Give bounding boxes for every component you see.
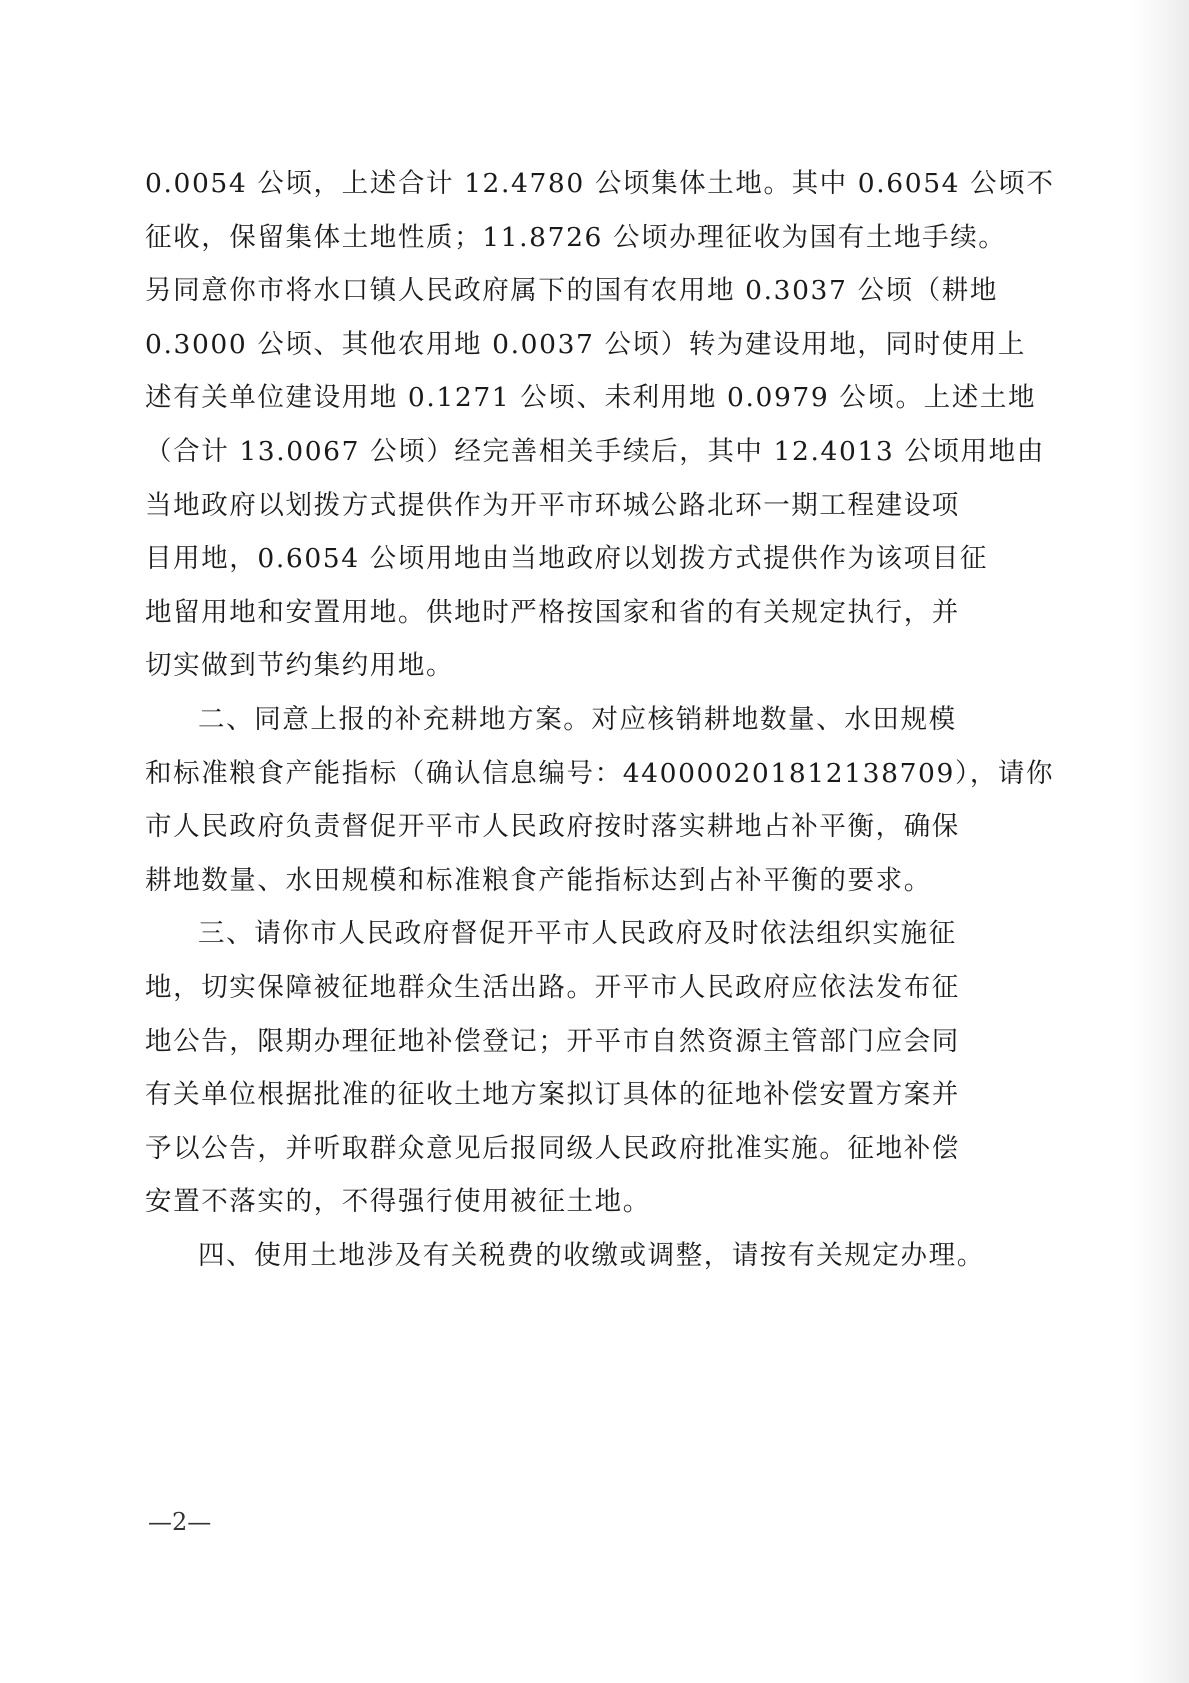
body-line-12: 和标准粮食产能指标（确认信息编号：440000201812138709），请你 (145, 747, 945, 801)
body-line-20: 安置不落实的，不得强行使用被征土地。 (145, 1175, 945, 1229)
body-line-3: 另同意你市将水口镇人民政府属下的国有农用地 0.3037 公顷（耕地 (145, 264, 945, 318)
body-line-5: 述有关单位建设用地 0.1271 公顷、未利用地 0.0979 公顷。上述土地 (145, 371, 945, 425)
body-line-1: 0.0054 公顷，上述合计 12.4780 公顷集体土地。其中 0.6054 … (145, 157, 945, 211)
body-line-18: 有关单位根据批准的征收土地方案拟订具体的征地补偿安置方案并 (145, 1068, 945, 1122)
body-line-13: 市人民政府负责督促开平市人民政府按时落实耕地占补平衡，确保 (145, 800, 945, 854)
body-line-17: 地公告，限期办理征地补偿登记；开平市自然资源主管部门应会同 (145, 1015, 945, 1069)
body-line-7: 当地政府以划拨方式提供作为开平市环城公路北环一期工程建设项 (145, 479, 945, 533)
body-line-9: 地留用地和安置用地。供地时严格按国家和省的有关规定执行，并 (145, 586, 945, 640)
body-line-16: 地，切实保障被征地群众生活出路。开平市人民政府应依法发布征 (145, 961, 945, 1015)
body-line-6: （合计 13.0067 公顷）经完善相关手续后，其中 12.4013 公顷用地由 (145, 425, 945, 479)
section-3-heading-line: 三、请你市人民政府督促开平市人民政府及时依法组织实施征 (145, 907, 945, 961)
body-line-8: 目用地，0.6054 公顷用地由当地政府以划拨方式提供作为该项目征 (145, 532, 945, 586)
body-line-14: 耕地数量、水田规模和标准粮食产能指标达到占补平衡的要求。 (145, 854, 945, 908)
page-number: —2— (148, 1508, 211, 1536)
body-line-2: 征收，保留集体土地性质；11.8726 公顷办理征收为国有土地手续。 (145, 211, 945, 265)
body-line-19: 予以公告，并听取群众意见后报同级人民政府批准实施。征地补偿 (145, 1122, 945, 1176)
document-body: 0.0054 公顷，上述合计 12.4780 公顷集体土地。其中 0.6054 … (145, 157, 945, 1282)
body-line-10: 切实做到节约集约用地。 (145, 639, 945, 693)
section-2-heading-line: 二、同意上报的补充耕地方案。对应核销耕地数量、水田规模 (145, 693, 945, 747)
section-4-heading-line: 四、使用土地涉及有关税费的收缴或调整，请按有关规定办理。 (145, 1229, 945, 1283)
body-line-4: 0.3000 公顷、其他农用地 0.0037 公顷）转为建设用地，同时使用上 (145, 318, 945, 372)
scan-edge-shading (1129, 0, 1189, 1683)
